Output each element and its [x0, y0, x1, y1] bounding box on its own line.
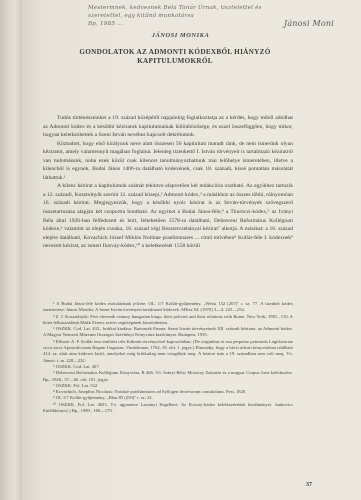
title-line-2: KAPITULUMOKRÓL — [40, 57, 310, 66]
body-paragraph: Tudós történészeinket a 19. század közép… — [43, 114, 293, 140]
body-paragraph: A kilenc kézirat a kapitulumok számát te… — [43, 182, 293, 250]
article-body: Tudós történészeinket a 19. század közép… — [43, 114, 293, 251]
dedication-line-1: Mestermnek, kedvesnek Béla Tanár Úrnak, … — [88, 4, 348, 12]
title-line-1: GONDOLATOK AZ ADMONTI KÓDEXBŐL HIÁNYZÓ — [40, 48, 310, 57]
footnotes: ¹ A Budai János-féle kódex másolatának j… — [43, 301, 293, 414]
book-spine-shadow — [0, 0, 22, 500]
handwritten-signature: Jánosi Moni — [284, 20, 334, 28]
footnote: ¹ A Budai János-féle kódex másolatának j… — [43, 301, 293, 314]
body-paragraph: Köztudott, hogy első királyunk neve alat… — [43, 140, 293, 183]
footnote: ¹⁰ OSZKK. Fol. Lat. 4023. Vö. ugyanerre … — [43, 402, 293, 415]
footnote: ⁶ Debreceni Református Kollégium Könyvtá… — [43, 370, 293, 383]
handwritten-dedication: Mestermnek, kedvesnek Béla Tanár Úrnak, … — [88, 4, 348, 28]
footnote: ² Z. J. Kosztolnyik: Five eleventh centu… — [43, 314, 293, 327]
footnote: ⁴ Először A. F. Kollár tesz említést ról… — [43, 339, 293, 364]
footnote: ³ OSZKK. Cod. Lat. 433., kritikai kiadás… — [43, 326, 293, 339]
author-name: JÁNOSI MONIKA — [0, 32, 361, 39]
article-title: GONDOLATOK AZ ADMONTI KÓDEXBŐL HIÁNYZÓ K… — [40, 48, 310, 66]
page-number: 37 — [306, 482, 312, 488]
